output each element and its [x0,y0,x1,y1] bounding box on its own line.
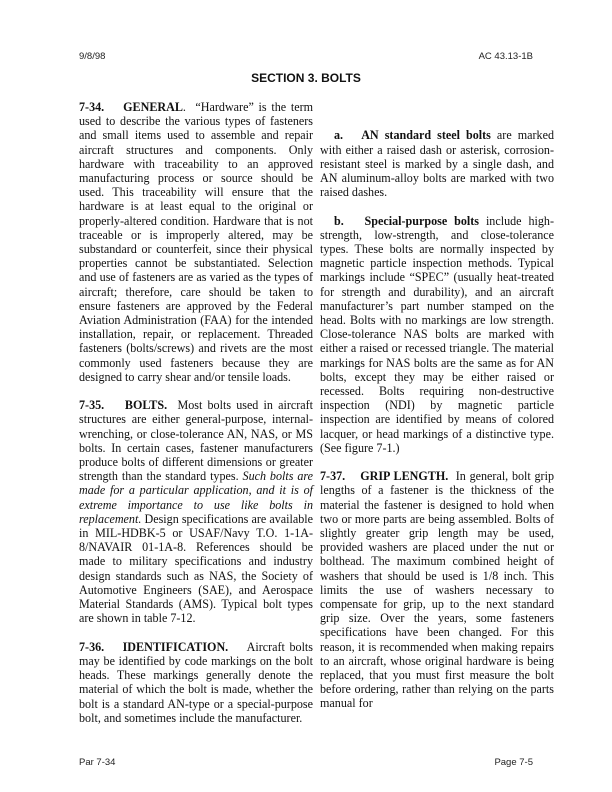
heading-punct: . [183,100,186,114]
paragraph-text-cont: Design specifications are available in M… [79,512,313,625]
paragraph-text: In general, bolt grip lengths of a faste… [320,469,554,710]
paragraph-number: 7-37. [320,469,345,483]
paragraph-text: “Hardware” is the term used to describe … [79,100,313,384]
right-column: a. AN standard steel bolts are marked wi… [320,100,554,725]
footer-paragraph-ref: Par 7-34 [79,757,115,768]
paragraph-7-36a: a. AN standard steel bolts are marked wi… [320,128,554,199]
left-column: 7-34. GENERAL. “Hardware” is the term us… [79,100,313,739]
paragraph-number: 7-34. [79,100,104,114]
paragraph-7-35: 7-35. BOLTS. Most bolts used in aircraft… [79,398,313,625]
paragraph-7-34: 7-34. GENERAL. “Hardware” is the term us… [79,100,313,384]
paragraph-7-37: 7-37. GRIP LENGTH. In general, bolt grip… [320,469,554,710]
paragraph-number: 7-35. [79,398,104,412]
subparagraph-label: b. [320,214,344,228]
section-title: SECTION 3. BOLTS [0,71,612,85]
header-date: 9/8/98 [79,51,105,62]
footer-page-number: Page 7-5 [494,757,533,768]
paragraph-heading: BOLTS. [125,398,167,412]
subparagraph-heading: Special-purpose bolts [365,214,479,228]
subparagraph-label: a. [320,128,343,142]
paragraph-7-36: 7-36. IDENTIFICATION. Aircraft bolts may… [79,640,313,725]
paragraph-heading: GENERAL [123,100,183,114]
paragraph-heading: GRIP LENGTH. [360,469,448,483]
subparagraph-heading: AN standard steel bolts [361,128,491,142]
paragraph-heading: IDENTIFICATION. [123,640,229,654]
subparagraph-text: include high-strength, low-strength, and… [320,214,554,455]
paragraph-number: 7-36. [79,640,104,654]
paragraph-7-36b: b. Special-purpose bolts include high-st… [320,214,554,455]
header-doc-id: AC 43.13-1B [479,51,533,62]
